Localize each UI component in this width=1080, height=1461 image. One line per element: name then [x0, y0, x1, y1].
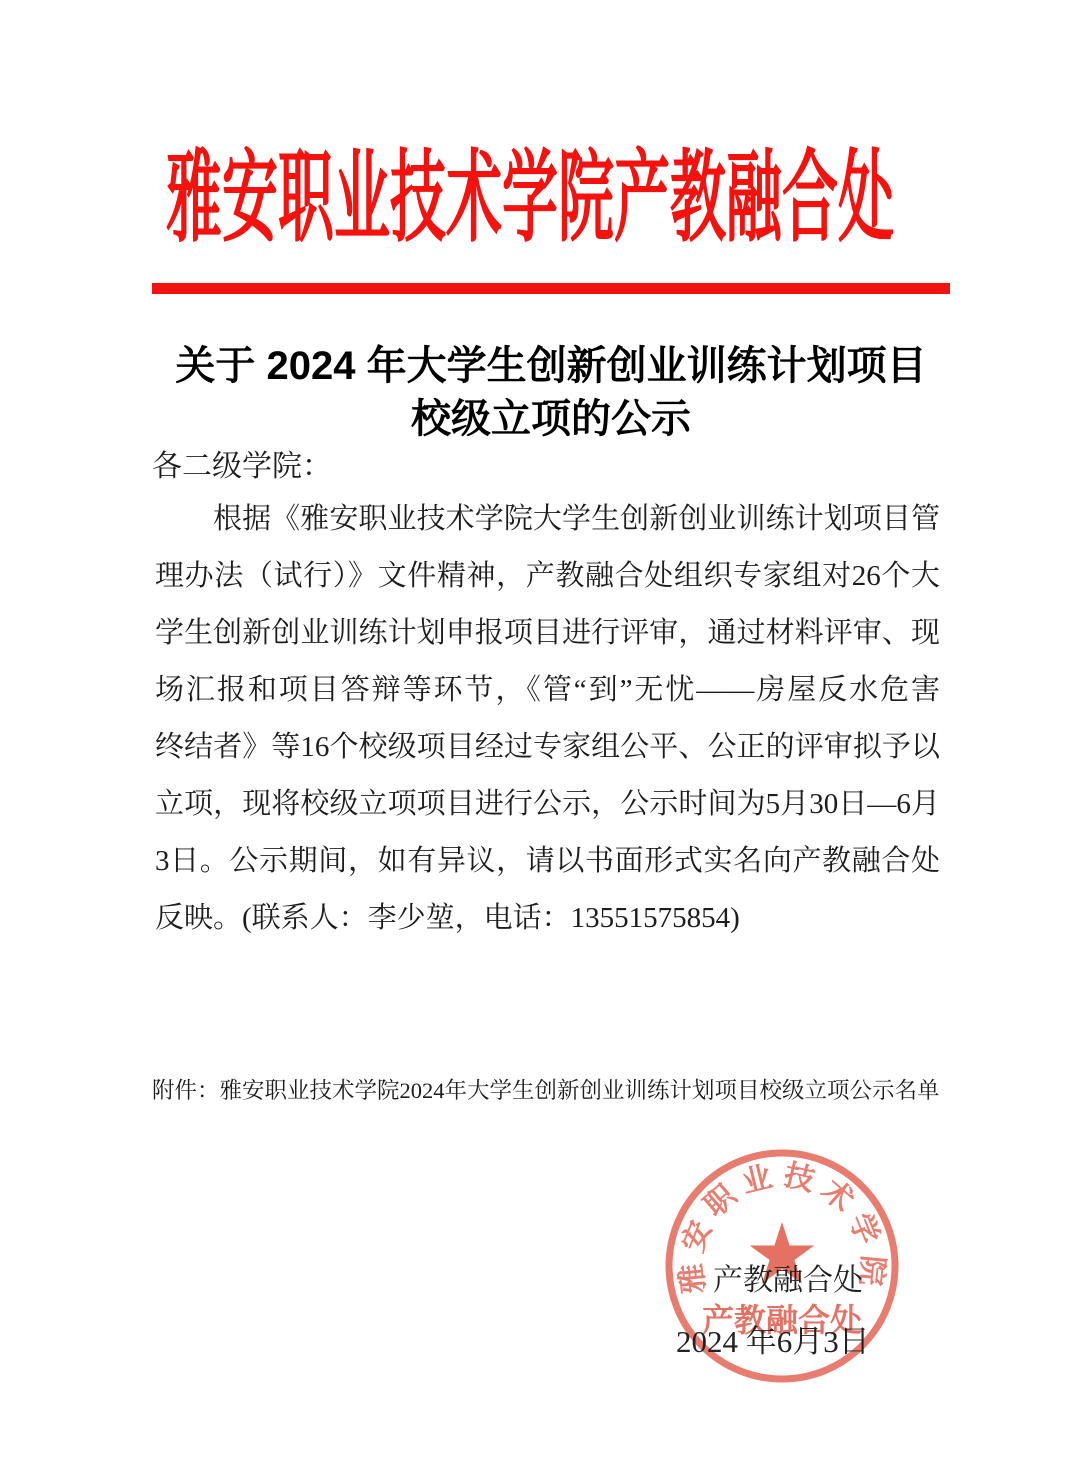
body-line: 学生创新创业训练计划申报项目进行评审，通过材料评审、现 — [155, 605, 940, 662]
letterhead-title: 雅安职业技术学院产教融合处 — [166, 148, 894, 248]
signature-date: 2024 年6月3日 — [676, 1324, 870, 1360]
red-divider-line — [152, 283, 950, 294]
signature-office-name: 产教融合处 — [713, 1263, 863, 1299]
document-title-line2: 校级立项的公示 — [152, 393, 950, 446]
body-line: 场汇报和项目答辩等环节，《管“到”无忧——房屋反水危害 — [155, 662, 940, 719]
body-line: 根据《雅安职业技术学院大学生创新创业训练计划项目管 — [155, 491, 940, 548]
body-line: 终结者》等16个校级项目经过专家组公平、公正的评审拟予以 — [155, 719, 940, 776]
document-page: 雅安职业技术学院产教融合处 关于 2024 年大学生创新创业训练计划项目 校级立… — [0, 0, 1080, 1461]
document-title: 关于 2024 年大学生创新创业训练计划项目 校级立项的公示 — [152, 340, 950, 446]
attachment-note: 附件：雅安职业技术学院2024年大学生创新创业训练计划项目校级立项公示名单 — [152, 1076, 952, 1106]
document-title-line1: 关于 2024 年大学生创新创业训练计划项目 — [152, 340, 950, 393]
body-paragraph: 根据《雅安职业技术学院大学生创新创业训练计划项目管 理办法（试行）》文件精神，产… — [155, 491, 940, 947]
salutation: 各二级学院： — [152, 447, 332, 487]
body-line: 理办法（试行）》文件精神，产教融合处组织专家组对26个大 — [155, 548, 940, 605]
body-line: 3日。公示期间，如有异议，请以书面形式实名向产教融合处 — [155, 833, 940, 890]
body-line: 反映。(联系人：李少堃，电话：13551575854) — [155, 890, 940, 947]
body-line: 立项，现将校级立项项目进行公示，公示时间为5月30日—6月 — [155, 776, 940, 833]
